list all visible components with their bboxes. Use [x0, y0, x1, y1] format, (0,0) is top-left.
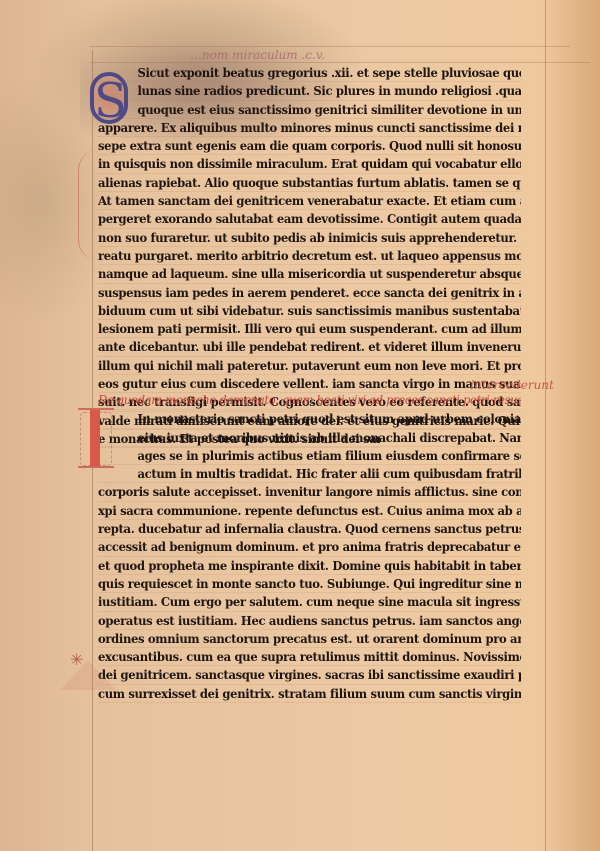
text-line: ages se in plurimis actibus etiam filium… — [98, 447, 521, 465]
text-line: pergeret exorando salutabat eam devotiss… — [98, 210, 521, 228]
text-line: operatus est iustitiam. Hec audiens sanc… — [98, 612, 521, 630]
text-line: suspensus iam pedes in aerem penderet. e… — [98, 284, 521, 302]
text-line: At tamen sanctam dei genitricem veneraba… — [98, 192, 521, 210]
text-line: eius iuxta et moribus nimis ab illa mona… — [98, 429, 521, 447]
text-line: et quod propheta me inspirante dixit. Do… — [98, 557, 521, 575]
text-line: lunas sine radios predicunt. Sic plures … — [98, 82, 521, 100]
rubric-marginal-1: intercederunt — [470, 378, 554, 392]
text-line: repta. ducebatur ad infernalia claustra.… — [98, 520, 521, 538]
parchment-page: …nom miraculum .c.v. S Sicut exponit bea… — [0, 0, 600, 851]
top-rule — [90, 46, 570, 47]
text-line: dei genitricem. sanctasque virgines. sac… — [98, 666, 521, 684]
text-line: corporis salute accepisset. invenitur la… — [98, 483, 521, 501]
text-line: in quisquis non dissimile miraculum. Era… — [98, 155, 521, 173]
text-line: iustitiam. Cum ergo per salutem. cum neq… — [98, 593, 521, 611]
initial-stem — [90, 410, 100, 466]
text-line: alienas rapiebat. Alio quoque substantia… — [98, 174, 521, 192]
text-line: reatu purgaret. merito arbitrio decretum… — [98, 247, 521, 265]
star-icon: ✳ — [70, 650, 83, 670]
margin-drawing — [60, 660, 116, 690]
initial-bar-bottom — [78, 466, 114, 468]
text-line: namque ad laqueum. sine ulla misericordi… — [98, 265, 521, 283]
rubric-heading: De quodam monacho dampnato. quem beati v… — [98, 392, 521, 410]
text-line: apparere. Ex aliquibus multo minores min… — [98, 119, 521, 137]
top-rule-2 — [90, 62, 590, 63]
text-line: In monasterio sancti petri quod est situ… — [98, 410, 521, 428]
text-line: accessit ad benignum dominum. et pro ani… — [98, 538, 521, 556]
text-line: cum surrexisset dei genitrix. stratam fi… — [98, 685, 521, 703]
text-line: non suo furaretur. ut subito pedis ab in… — [98, 229, 521, 247]
text-line: eos gutur eius cum discedere vellent. ia… — [98, 375, 521, 393]
text-line: Sicut exponit beatus gregorius .xii. et … — [98, 64, 521, 82]
text-line: illum qui nichil mali pateretur. putaver… — [98, 357, 521, 375]
text-line: ante dicebantur. ubi ille pendebat redir… — [98, 338, 521, 356]
text-line: xpi sacra communione. repente defunctus … — [98, 502, 521, 520]
text-line: ordines omnium sanctorum precatus est. u… — [98, 630, 521, 648]
decorated-initial-i — [78, 408, 114, 468]
text-line: lesionem pati permisit. Illi vero qui eu… — [98, 320, 521, 338]
text-line: excusantibus. cum ea que supra retulimus… — [98, 648, 521, 666]
text-line: sepe extra sunt egenis eam die quam corp… — [98, 137, 521, 155]
text-line: quis requiescet in monte sancto tuo. Sub… — [98, 575, 521, 593]
text-line: biduum cum ut sibi videbatur. suis sanct… — [98, 302, 521, 320]
running-title: …nom miraculum .c.v. — [190, 48, 325, 62]
text-line: quoque est eius sanctissimo genitrici si… — [98, 101, 521, 119]
text-line: actum in multis tradidat. Hic frater ali… — [98, 465, 521, 483]
text-section-2: De quodam monacho dampnato. quem beati v… — [98, 392, 548, 703]
